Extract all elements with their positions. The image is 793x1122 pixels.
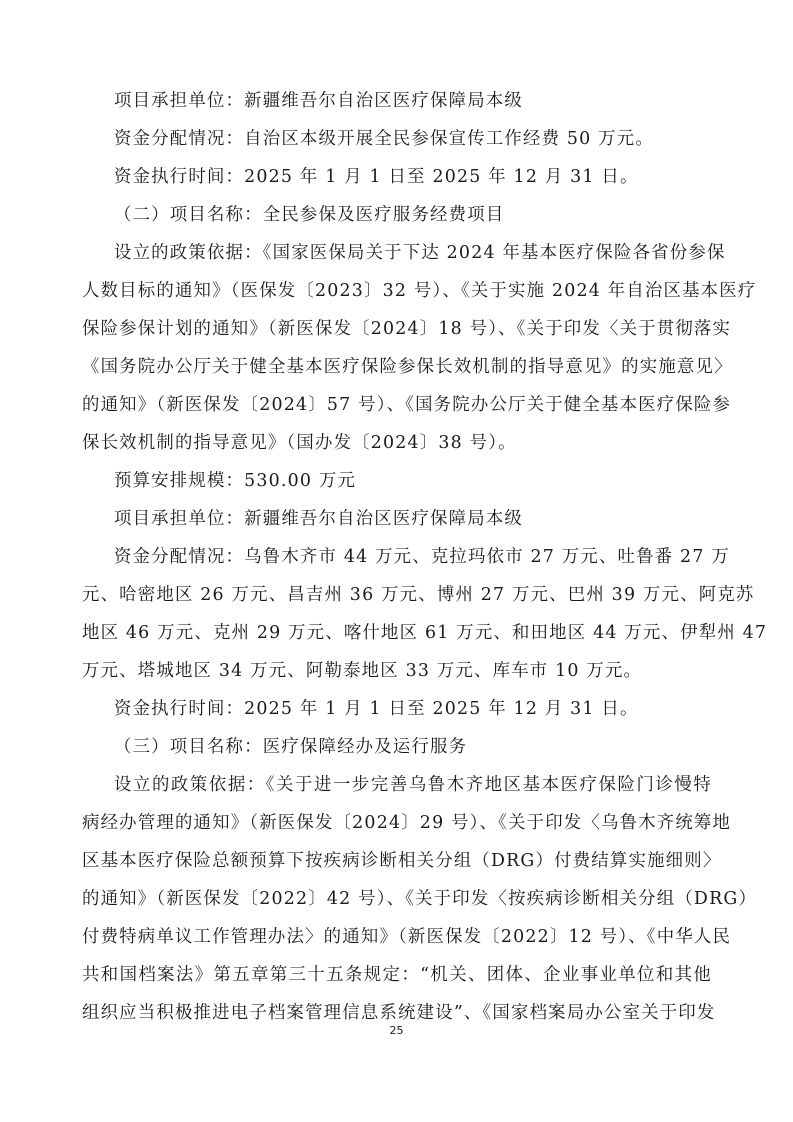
- text-line-policy-2-d: 《国务院办公厅关于健全基本医疗保险参保长效机制的指导意见》的实施意见〉: [82, 352, 712, 382]
- text-line-allocation-2-b: 元、哈密地区 26 万元、昌吉州 36 万元、博州 27 万元、巴州 39 万元…: [82, 580, 712, 610]
- section-heading-2: （二）项目名称：全民参保及医疗服务经费项目: [114, 200, 712, 230]
- text-line-policy-3-a: 设立的政策依据：《关于进一步完善乌鲁木齐地区基本医疗保险门诊慢特: [114, 770, 712, 800]
- text-line-policy-2-e: 的通知》（新医保发〔2024〕57 号）、《国务院办公厅关于健全基本医疗保险参: [82, 390, 712, 420]
- text-line-policy-3-f: 共和国档案法》第五章第三十五条规定：“机关、团体、企业事业单位和其他: [82, 960, 712, 990]
- text-line-allocation-1: 资金分配情况：自治区本级开展全民参保宣传工作经费 50 万元。: [114, 124, 712, 154]
- text-line-allocation-2-d: 万元、塔城地区 34 万元、阿勒泰地区 33 万元、库车市 10 万元。: [82, 656, 712, 686]
- text-line-unit-2: 项目承担单位：新疆维吾尔自治区医疗保障局本级: [114, 504, 712, 534]
- text-line-policy-2-b: 人数目标的通知》（医保发〔2023〕32 号）、《关于实施 2024 年自治区基…: [82, 276, 712, 306]
- text-line-allocation-2-a: 资金分配情况：乌鲁木齐市 44 万元、克拉玛依市 27 万元、吐鲁番 27 万: [114, 542, 712, 572]
- text-line-policy-3-b: 病经办管理的通知》（新医保发〔2024〕29 号）、《关于印发〈乌鲁木齐统筹地: [82, 808, 712, 838]
- section-heading-3: （三）项目名称：医疗保障经办及运行服务: [114, 732, 712, 762]
- text-line-policy-2-c: 保险参保计划的通知》（新医保发〔2024〕18 号）、《关于印发〈关于贯彻落实: [82, 314, 712, 344]
- text-line-unit-1: 项目承担单位：新疆维吾尔自治区医疗保障局本级: [114, 86, 712, 116]
- text-line-policy-2-f: 保长效机制的指导意见》（国办发〔2024〕38 号）。: [82, 428, 712, 458]
- text-line-period-2: 资金执行时间：2025 年 1 月 1 日至 2025 年 12 月 31 日。: [114, 694, 712, 724]
- document-page: 项目承担单位：新疆维吾尔自治区医疗保障局本级 资金分配情况：自治区本级开展全民参…: [0, 0, 793, 1122]
- text-line-budget-2: 预算安排规模：530.00 万元: [114, 466, 712, 496]
- text-line-policy-3-d: 的通知》（新医保发〔2022〕42 号）、《关于印发〈按疾病诊断相关分组（DRG…: [82, 884, 712, 914]
- text-line-period-1: 资金执行时间：2025 年 1 月 1 日至 2025 年 12 月 31 日。: [114, 162, 712, 192]
- text-line-allocation-2-c: 地区 46 万元、克州 29 万元、喀什地区 61 万元、和田地区 44 万元、…: [82, 618, 712, 648]
- page-number: 25: [0, 1024, 793, 1037]
- text-line-policy-2-a: 设立的政策依据：《国家医保局关于下达 2024 年基本医疗保险各省份参保: [114, 238, 712, 268]
- text-line-policy-3-c: 区基本医疗保险总额预算下按疾病诊断相关分组（DRG）付费结算实施细则〉: [82, 846, 712, 876]
- text-line-policy-3-e: 付费特病单议工作管理办法〉的通知》（新医保发〔2022〕12 号）、《中华人民: [82, 922, 712, 952]
